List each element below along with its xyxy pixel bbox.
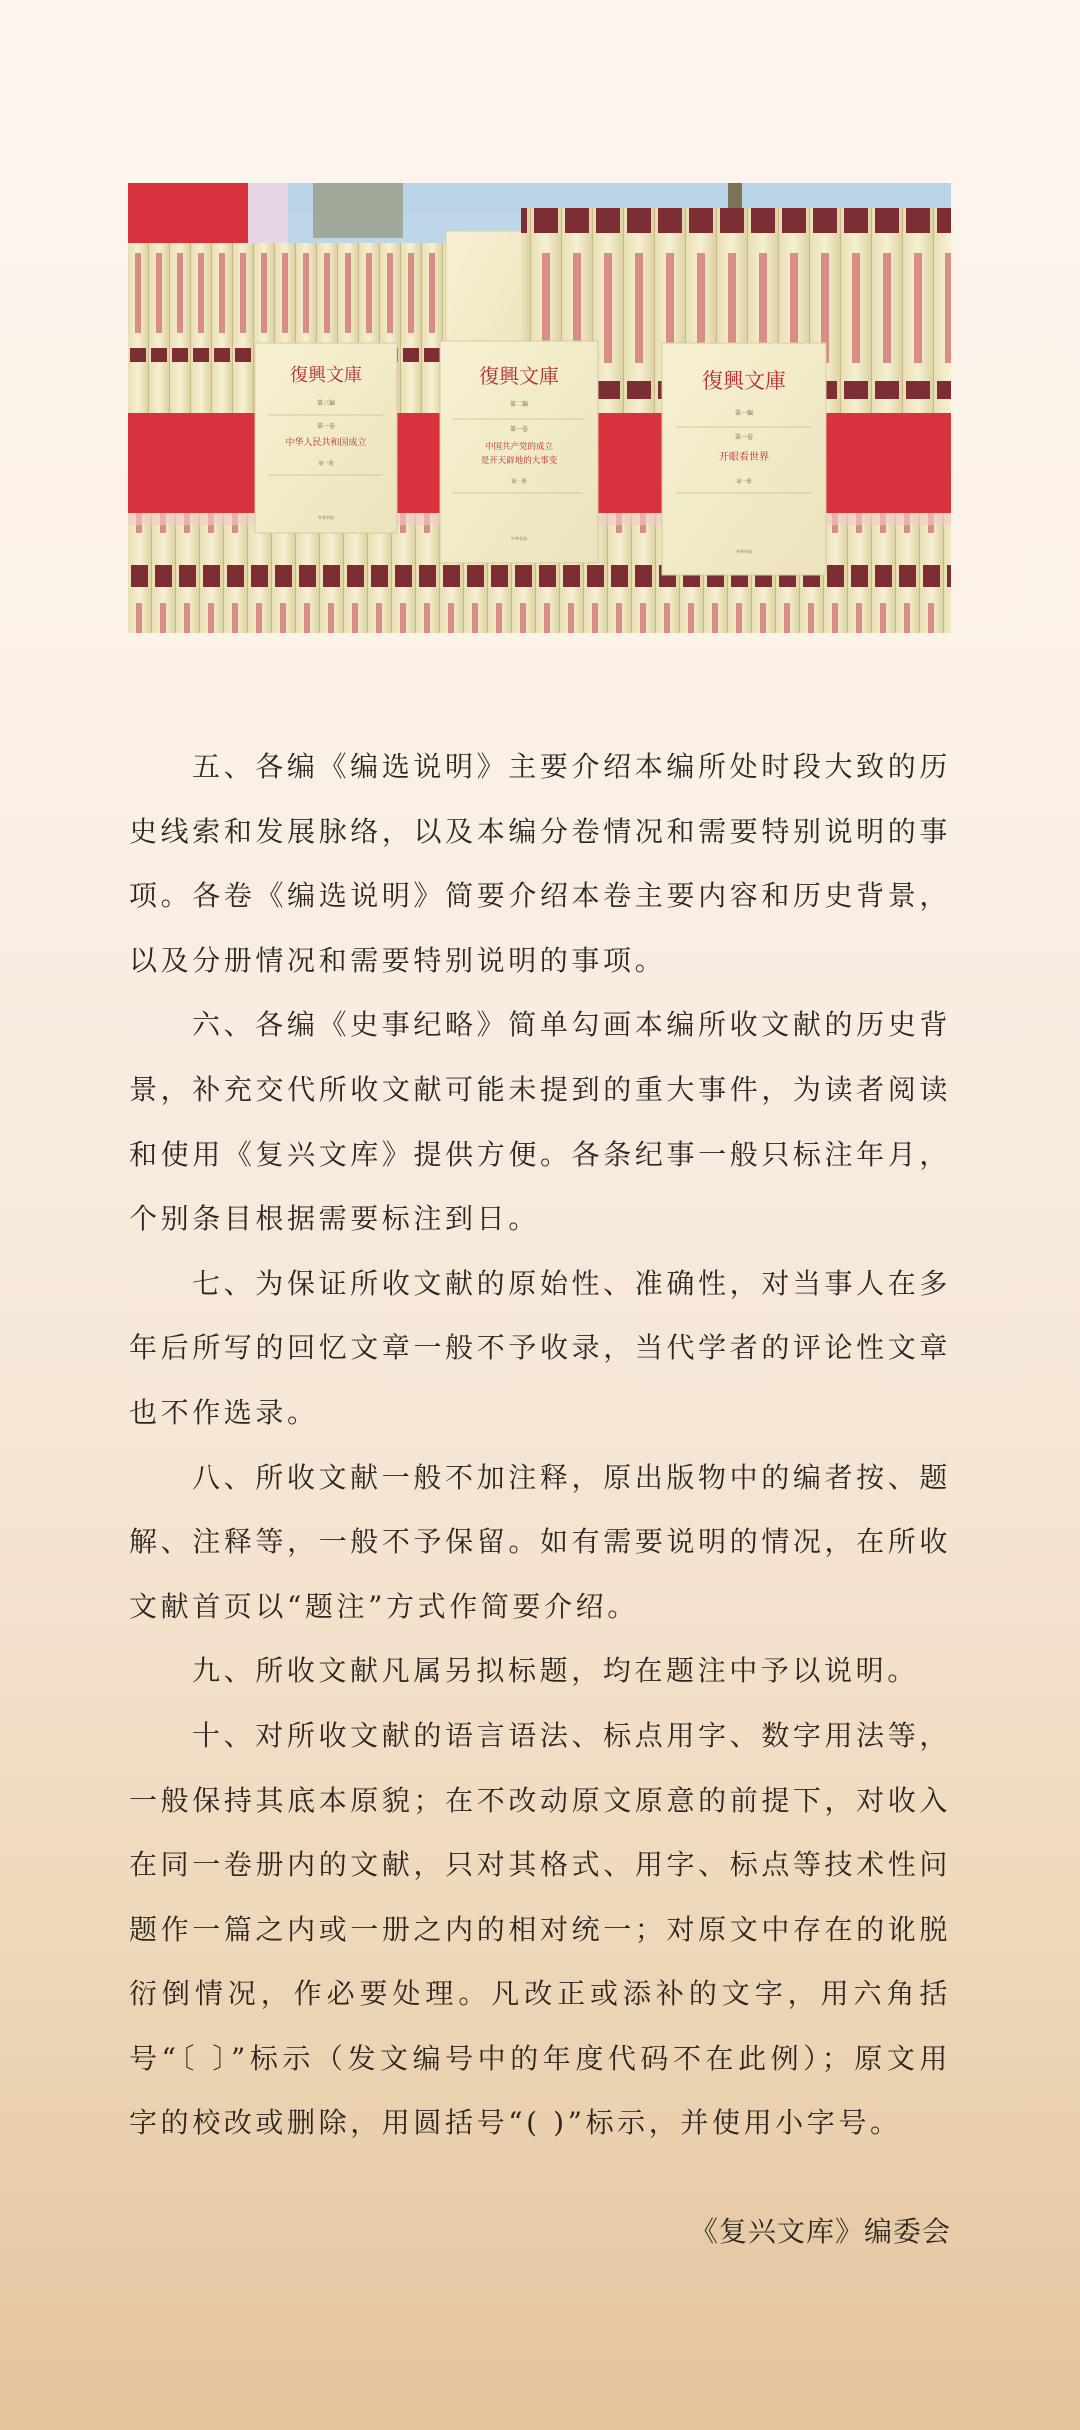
paragraph-ten: 十、对所收文献的语言语法、标点用字、数字用法等，一般保持其底本原貌；在不改动原文… — [129, 1704, 951, 2156]
svg-text:第三编: 第三编 — [317, 399, 335, 407]
svg-text:第一卷: 第一卷 — [510, 425, 528, 433]
svg-text:中华书局: 中华书局 — [511, 535, 527, 541]
article-body: 五、各编《编选说明》主要介绍本编所处时段大致的历史线索和发展脉络，以及本编分卷情… — [129, 735, 951, 2156]
photo-books-image: 復興文庫 第三编 第一卷 中华人民共和国成立 第一册 中华书局 復興文庫 第二编… — [128, 183, 951, 633]
svg-text:復興文庫: 復興文庫 — [702, 369, 786, 393]
svg-text:第一编: 第一编 — [735, 409, 753, 417]
svg-text:第二编: 第二编 — [510, 400, 528, 408]
svg-text:中国共产党的成立: 中国共产党的成立 — [485, 441, 554, 452]
paragraph-six: 六、各编《史事纪略》简单勾画本编所收文献的历史背景，补充交代所收文献可能未提到的… — [129, 993, 951, 1251]
svg-text:復興文庫: 復興文庫 — [479, 364, 559, 388]
paragraph-eight: 八、所收文献一般不加注释，原出版物中的编者按、题解、注释等，一般不予保留。如有需… — [129, 1446, 951, 1640]
svg-text:第一卷: 第一卷 — [317, 422, 335, 430]
paragraph-nine: 九、所收文献凡属另拟标题，均在题注中予以说明。 — [129, 1639, 951, 1704]
editorial-board-signature: 《复兴文库》编委会 — [690, 2202, 951, 2262]
svg-text:中华人民共和国成立: 中华人民共和国成立 — [285, 436, 366, 448]
svg-text:第一卷: 第一卷 — [735, 433, 753, 441]
svg-text:开眼看世界: 开眼看世界 — [719, 450, 769, 463]
svg-text:復興文庫: 復興文庫 — [290, 365, 362, 386]
svg-text:第一册: 第一册 — [736, 478, 751, 485]
svg-text:第一册: 第一册 — [318, 460, 333, 467]
svg-text:中华书局: 中华书局 — [318, 514, 334, 520]
paragraph-seven: 七、为保证所收文献的原始性、准确性，对当事人在多年后所写的回忆文章一般不予收录，… — [129, 1252, 951, 1446]
paragraph-five: 五、各编《编选说明》主要介绍本编所处时段大致的历史线索和发展脉络，以及本编分卷情… — [129, 735, 951, 993]
books-display-illustration: 復興文庫 第三编 第一卷 中华人民共和国成立 第一册 中华书局 復興文庫 第二编… — [128, 183, 951, 633]
svg-text:第一册: 第一册 — [511, 478, 526, 485]
svg-text:是开天辟地的大事变: 是开天辟地的大事变 — [481, 455, 558, 466]
svg-text:中华书局: 中华书局 — [736, 548, 752, 554]
